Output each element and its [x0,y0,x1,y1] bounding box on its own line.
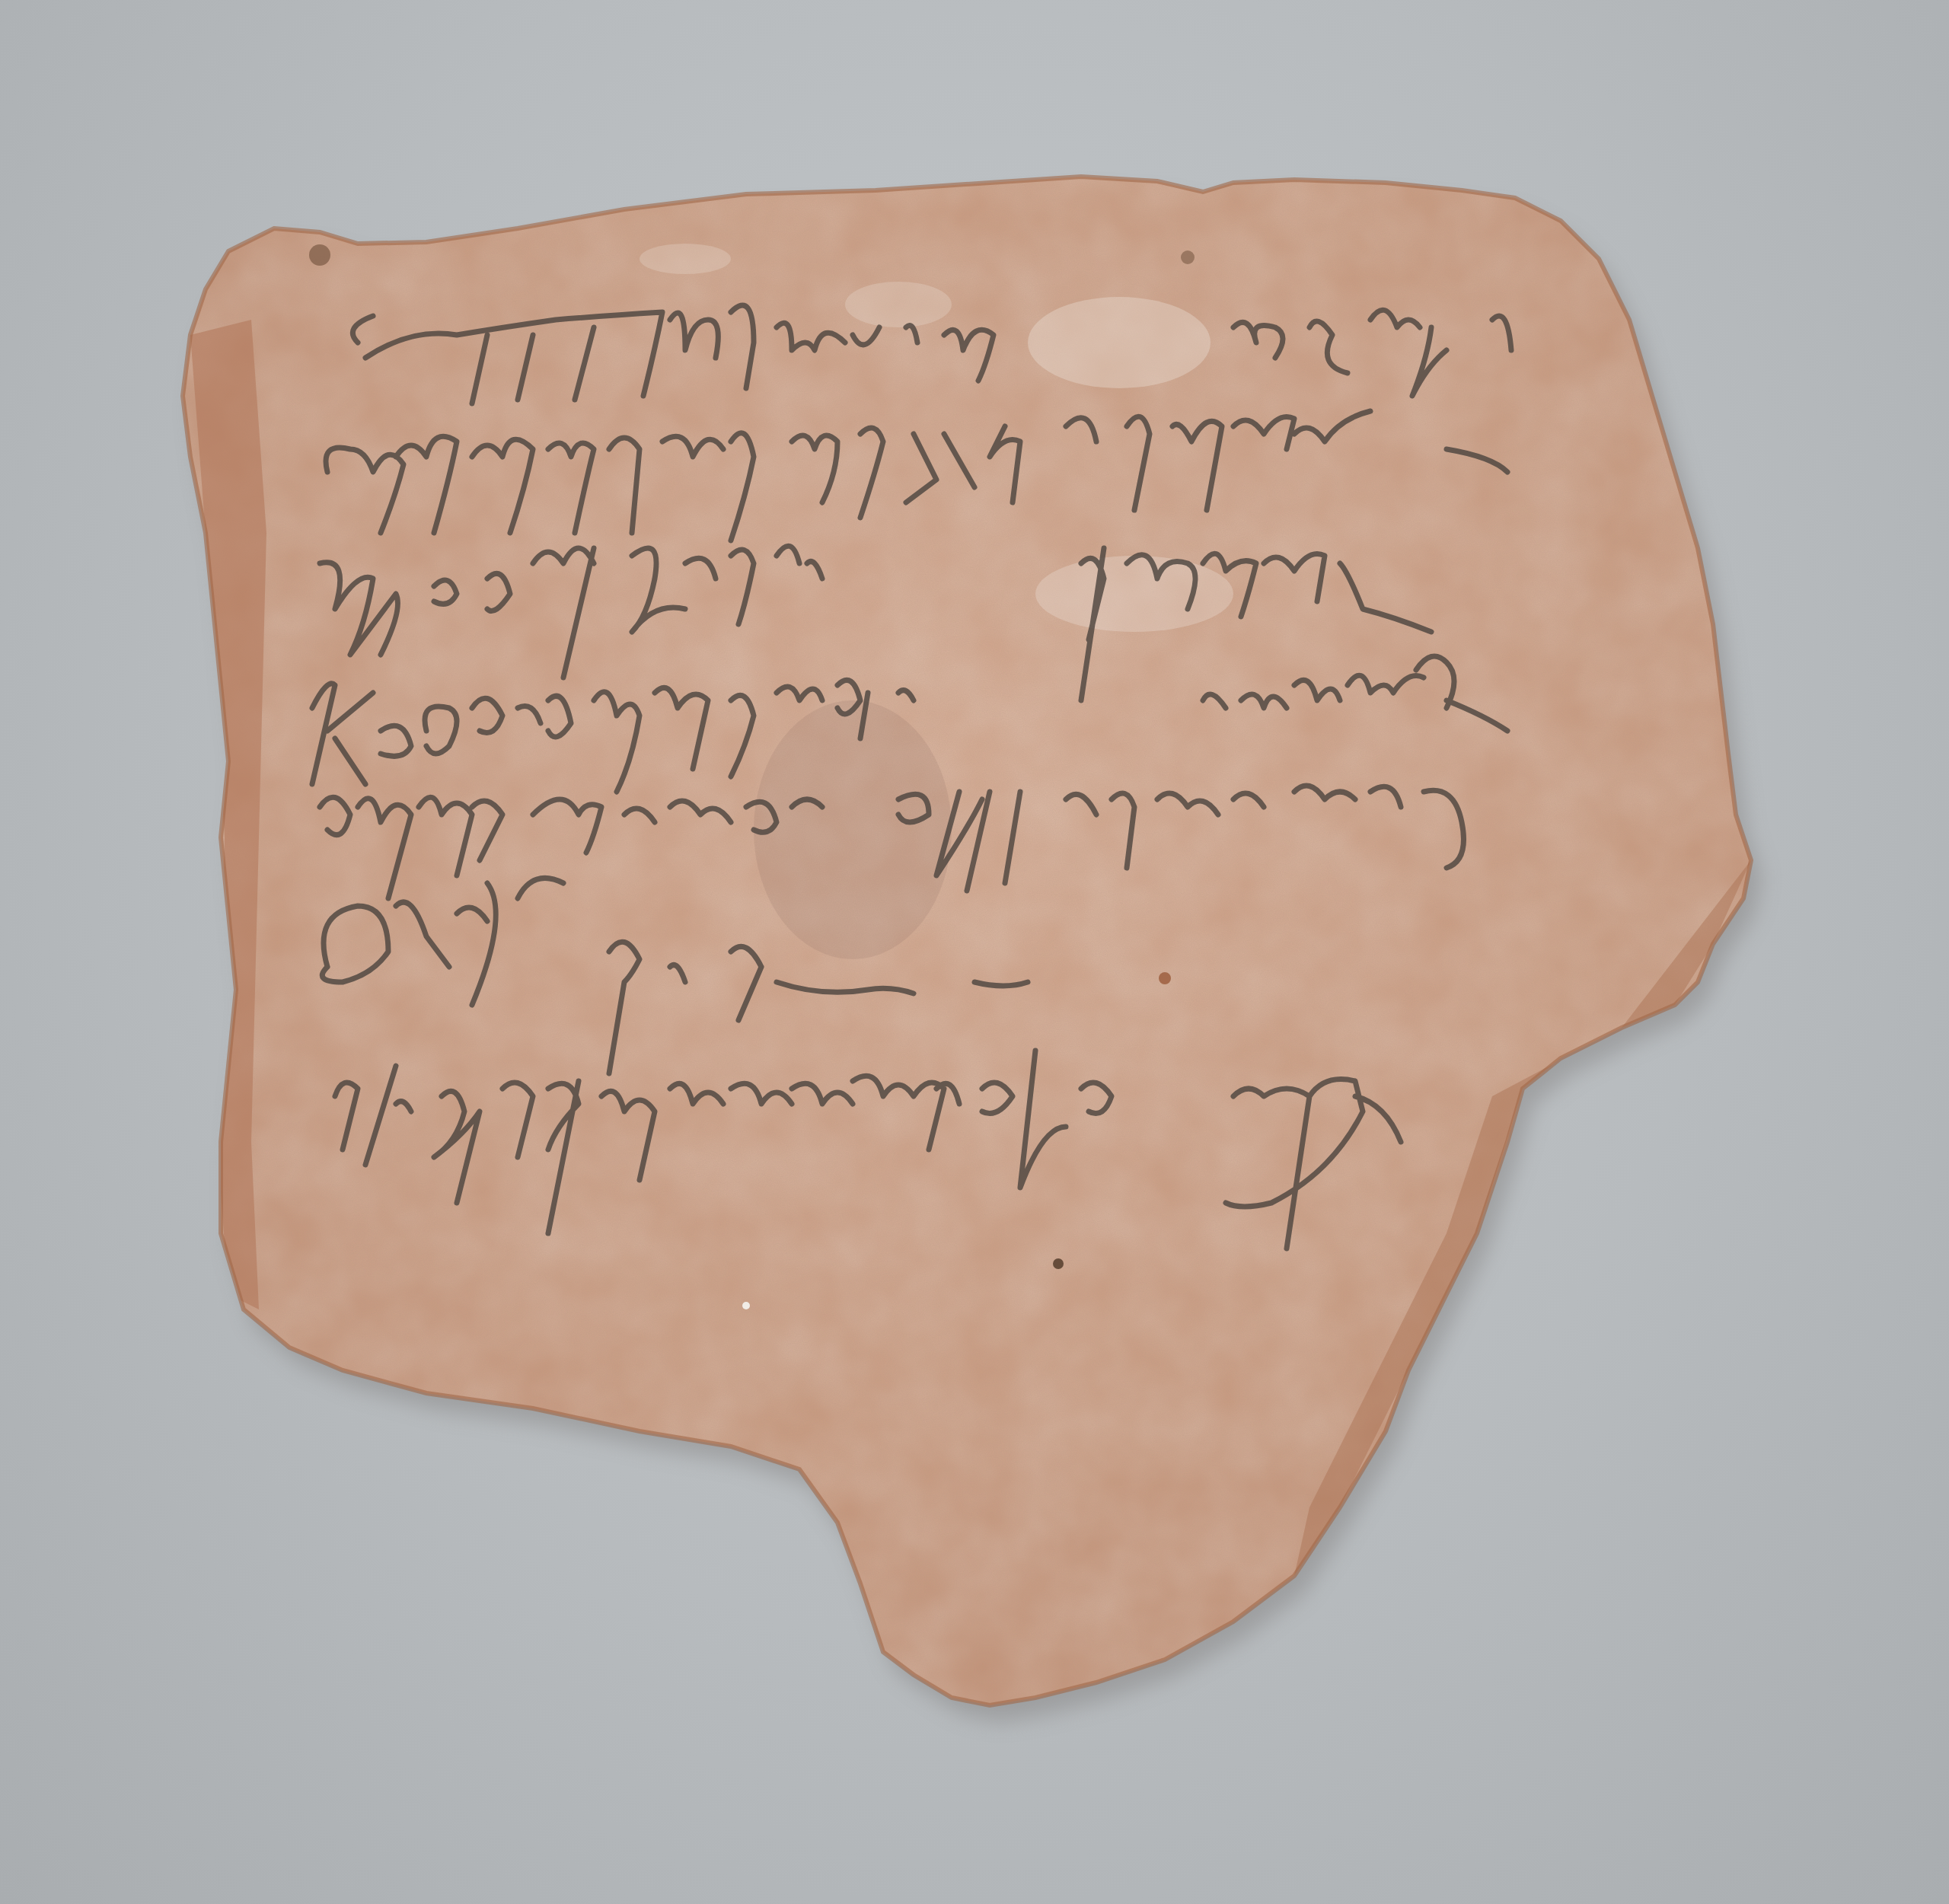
sherd-body [0,0,1949,1904]
photo-scene: Terracotta pottery sherd (ostracon) with… [0,0,1949,1904]
ostracon-photo [0,0,1949,1904]
